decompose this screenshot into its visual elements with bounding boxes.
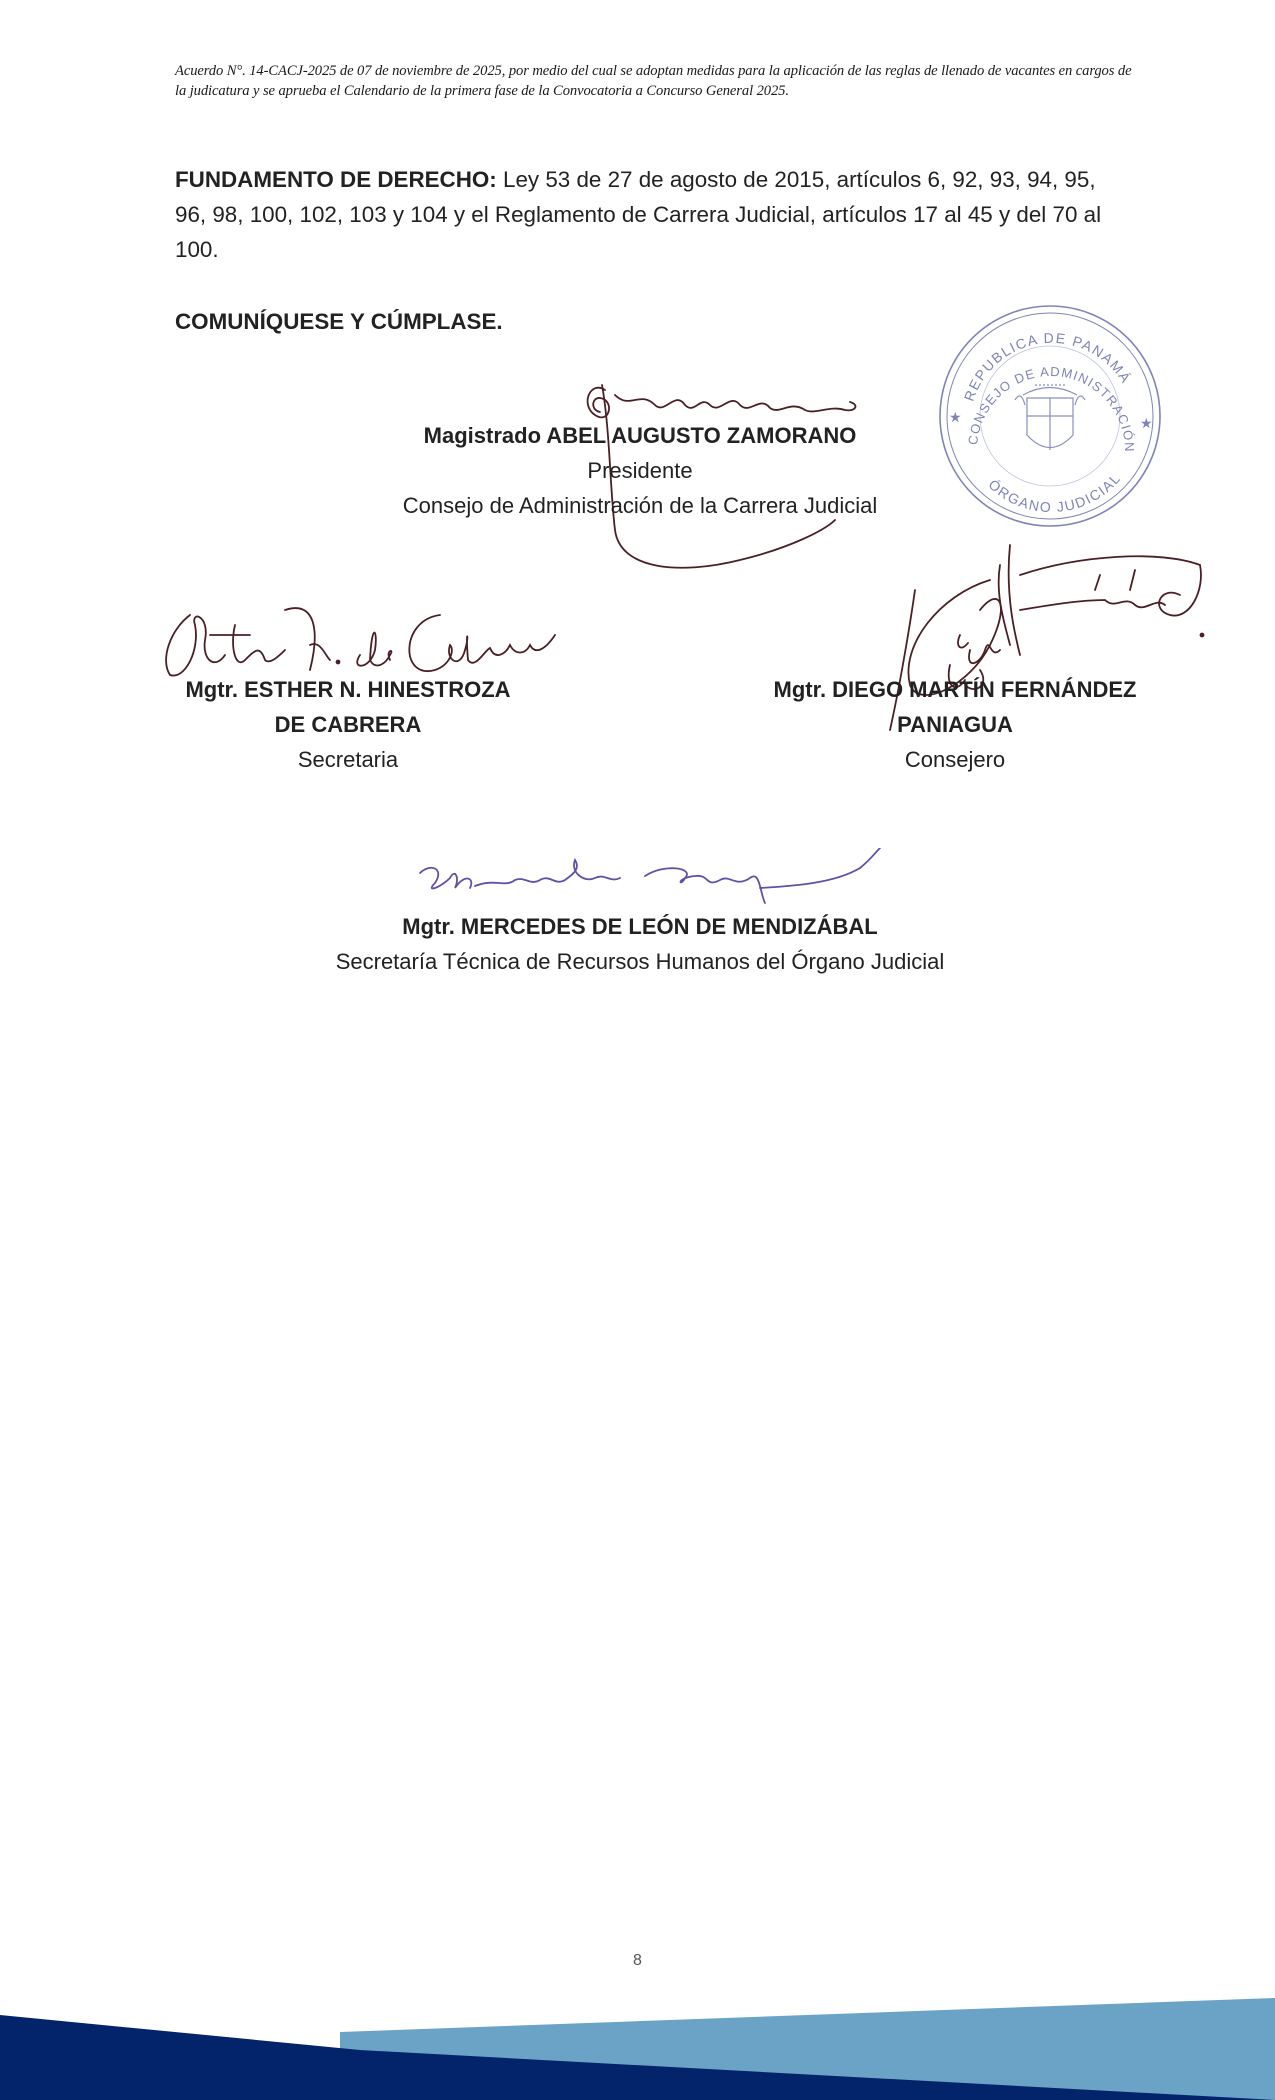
svg-text:ÓRGANO JUDICIAL: ÓRGANO JUDICIAL xyxy=(986,470,1124,516)
signature-block-secretary: Mgtr. ESTHER N. HINESTROZA DE CABRERA Se… xyxy=(148,672,548,777)
secretary-role: Secretaria xyxy=(148,742,548,777)
svg-text:★: ★ xyxy=(949,409,962,425)
page-number: 8 xyxy=(0,1952,1275,1970)
svg-text:★: ★ xyxy=(1140,415,1153,431)
footer-decorative-band xyxy=(0,1990,1275,2100)
signature-block-tecnica: Mgtr. MERCEDES DE LEÓN DE MENDIZÁBAL Sec… xyxy=(290,909,990,979)
legal-basis-label: FUNDAMENTO DE DERECHO: xyxy=(175,167,497,192)
president-organization: Consejo de Administración de la Carrera … xyxy=(360,488,920,523)
president-name: Magistrado ABEL AUGUSTO ZAMORANO xyxy=(360,418,920,453)
closing-statement: COMUNÍQUESE Y CÚMPLASE. xyxy=(175,309,503,335)
secretary-name-line2: DE CABRERA xyxy=(148,707,548,742)
tecnica-name: Mgtr. MERCEDES DE LEÓN DE MENDIZÁBAL xyxy=(290,909,990,944)
document-header-reference: Acuerdo N°. 14-CACJ-2025 de 07 de noviem… xyxy=(175,61,1135,101)
tecnica-role: Secretaría Técnica de Recursos Humanos d… xyxy=(290,944,990,979)
consejero-role: Consejero xyxy=(720,742,1190,777)
secretary-name-line1: Mgtr. ESTHER N. HINESTROZA xyxy=(148,672,548,707)
president-role: Presidente xyxy=(360,453,920,488)
consejero-name-line1: Mgtr. DIEGO MARTÍN FERNÁNDEZ xyxy=(720,672,1190,707)
tecnica-signature-icon xyxy=(415,848,895,908)
official-seal-icon: REPUBLICA DE PANAMÁ CONSEJO DE ADMINISTR… xyxy=(935,300,1165,532)
signature-block-consejero: Mgtr. DIEGO MARTÍN FERNÁNDEZ PANIAGUA Co… xyxy=(720,672,1190,777)
svg-text:CONSEJO DE ADMINISTRACIÓN DE L: CONSEJO DE ADMINISTRACIÓN DE LA CARRERA … xyxy=(935,300,1137,453)
legal-basis-paragraph: FUNDAMENTO DE DERECHO: Ley 53 de 27 de a… xyxy=(175,162,1115,267)
consejero-name-line2: PANIAGUA xyxy=(720,707,1190,742)
signature-block-president: Magistrado ABEL AUGUSTO ZAMORANO Preside… xyxy=(360,418,920,523)
